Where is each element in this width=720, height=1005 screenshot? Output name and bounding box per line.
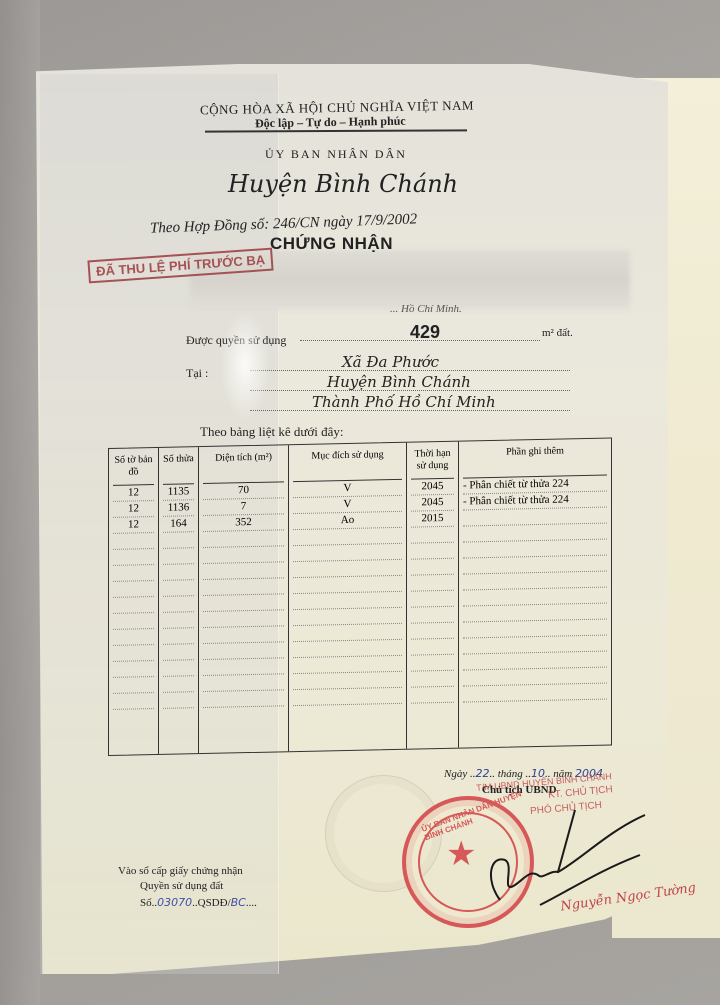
cell-map-sheet: 12 — [113, 485, 154, 502]
cell-term: 2045 — [411, 479, 454, 496]
registration-suffix: BC — [231, 896, 246, 909]
issuer-district: Huyện Bình Chánh — [228, 170, 458, 198]
table-intro: Theo bảng liệt kê dưới đây: — [200, 424, 344, 440]
registration-number: Số..03070..QSDĐ/BC.... — [140, 896, 257, 909]
cell-parcel: 164 — [163, 516, 194, 533]
column-notes: Phần ghi thêm - Phân chiết từ thửa 224 -… — [459, 438, 611, 747]
location-district: Huyện Bình Chánh — [327, 373, 471, 391]
cell-map-sheet: 12 — [113, 517, 154, 534]
motto: Độc lập – Tự do – Hạnh phúc — [255, 114, 406, 132]
cell-term: 2045 — [411, 495, 454, 512]
light-glare — [220, 310, 270, 420]
registration-line1: Vào sổ cấp giấy chứng nhận — [118, 865, 243, 877]
registration-number-value: 03070 — [157, 896, 192, 909]
star-emblem-icon: ★ — [446, 834, 476, 874]
header-notes: Phần ghi thêm — [463, 439, 607, 479]
location-city: Thành Phố Hồ Chí Minh — [312, 393, 496, 411]
cell-area: 352 — [203, 514, 284, 532]
cell-parcel: 1135 — [163, 484, 194, 501]
header-parcel: Số thửa — [163, 447, 194, 485]
column-parcel: Số thửa 1135 1136 164 — [159, 447, 199, 754]
header-term: Thời hạn sử dụng — [411, 442, 454, 480]
cell-term: 2015 — [411, 511, 454, 528]
land-area-value: 429 — [410, 322, 440, 343]
header-area: Diện tích (m²) — [203, 445, 284, 484]
cell-map-sheet: 12 — [113, 501, 154, 518]
cell-area: 70 — [203, 482, 284, 500]
registration-line2: Quyền sử dụng đất — [140, 880, 223, 892]
date-day: 22 — [475, 767, 489, 780]
desk-surface — [0, 0, 40, 1005]
location-label: Tại : — [186, 366, 208, 381]
partial-city-line: ... Hồ Chí Minh. — [390, 303, 462, 315]
column-term: Thời hạn sử dụng 2045 2045 2015 — [407, 442, 459, 749]
header-map-sheet: Số tờ bản đồ — [113, 448, 154, 486]
certificate-title: CHỨNG NHẬN — [270, 234, 393, 254]
cell-area: 7 — [203, 498, 284, 516]
cell-parcel: 1136 — [163, 500, 194, 517]
council-name: ỦY BAN NHÂN DÂN — [265, 147, 407, 162]
column-area: Diện tích (m²) 70 7 352 — [199, 445, 289, 753]
column-purpose: Mục đích sử dụng V V Ao — [289, 443, 407, 751]
column-map-sheet: Số tờ bản đồ 12 12 12 — [109, 448, 159, 755]
header-purpose: Mục đích sử dụng — [293, 443, 402, 482]
area-unit: m² đất. — [542, 327, 573, 339]
location-commune: Xã Đa Phước — [342, 353, 439, 371]
parcel-table: Số tờ bản đồ 12 12 12 Số thửa 1135 1136 … — [108, 437, 612, 756]
